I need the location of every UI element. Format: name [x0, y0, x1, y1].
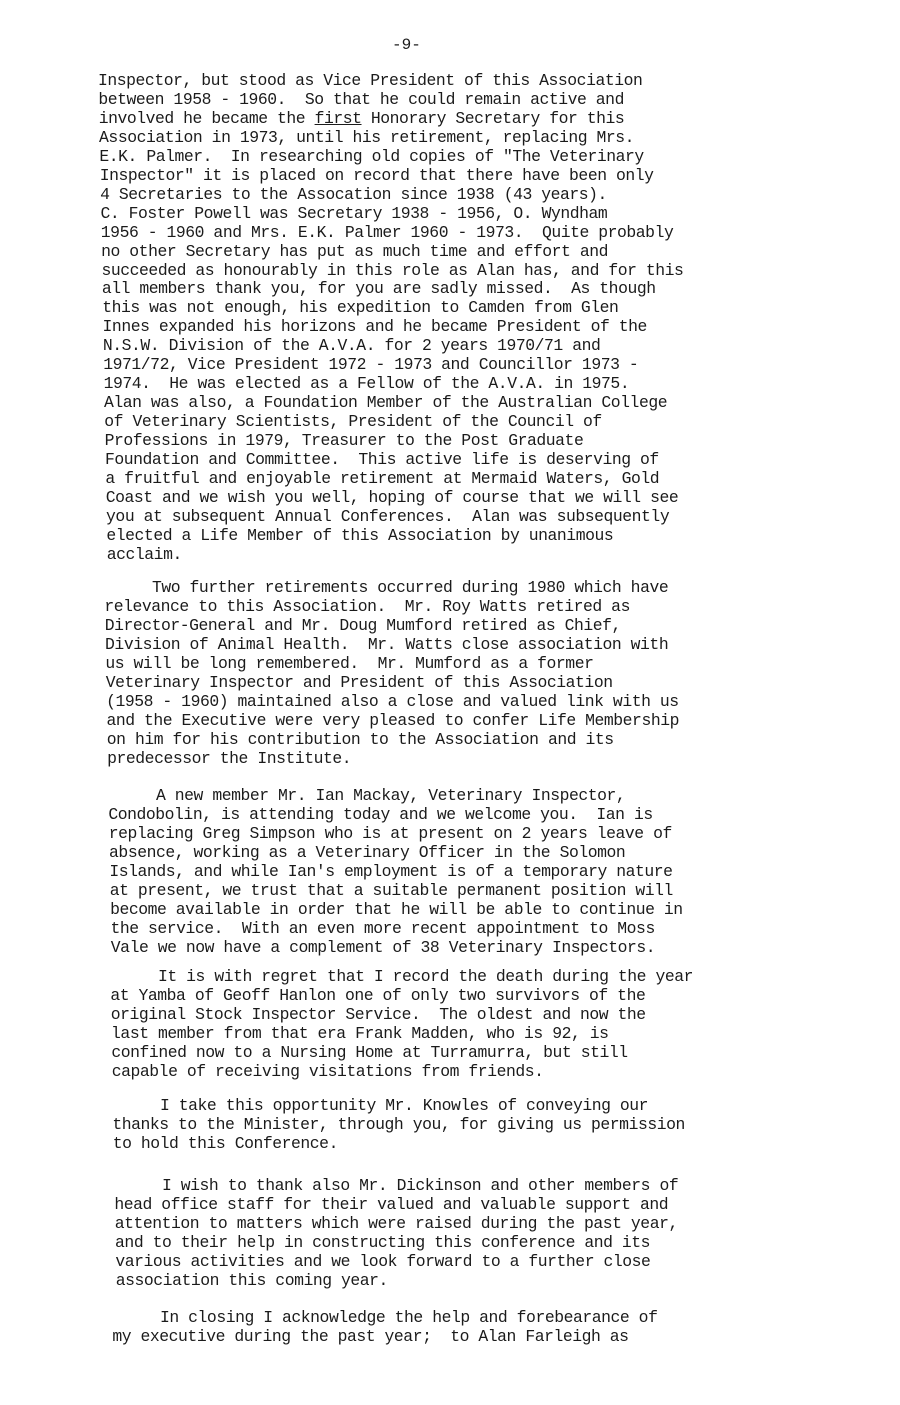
text-line: Association in 1973, until his retiremen… [99, 129, 634, 147]
text-line: no other Secretary has put as much time … [101, 243, 608, 261]
text-line: association this coming year. [116, 1272, 388, 1290]
text-line: us will be long remembered. Mr. Mumford … [105, 655, 593, 673]
text-line: capable of receiving visitations from fr… [112, 1063, 544, 1081]
text-line: become available in order that he will b… [110, 901, 683, 919]
text-line: Innes expanded his horizons and he becam… [103, 318, 647, 336]
page-number: -9- [392, 36, 421, 54]
text-line: involved he became the first Honorary Se… [99, 110, 625, 128]
text-line: a fruitful and enjoyable retirement at M… [105, 470, 659, 488]
text-line: Coast and we wish you well, hoping of co… [106, 489, 679, 507]
text-line: this was not enough, his expedition to C… [102, 299, 618, 317]
text-line: Two further retirements occurred during … [152, 579, 668, 597]
text-line: on him for his contribution to the Assoc… [107, 731, 614, 749]
text-line: original Stock Inspector Service. The ol… [111, 1006, 646, 1024]
text-line: all members thank you, for you are sadly… [102, 280, 656, 298]
text-line: N.S.W. Division of the A.V.A. for 2 year… [103, 337, 600, 355]
text-line: at Yamba of Geoff Hanlon one of only two… [110, 987, 645, 1005]
text-line: to hold this Conference. [113, 1135, 338, 1153]
text-line: E.K. Palmer. In researching old copies o… [99, 148, 643, 166]
text-line: last member from that era Frank Madden, … [111, 1025, 608, 1043]
text-line: Division of Animal Health. Mr. Watts clo… [105, 636, 668, 654]
text-line: confined now to a Nursing Home at Turram… [111, 1044, 627, 1062]
text-line: elected a Life Member of this Associatio… [106, 527, 613, 545]
text-line: succeeded as honourably in this role as … [102, 262, 684, 280]
text-line: of Veterinary Scientists, President of t… [104, 413, 601, 431]
text-line: absence, working as a Veterinary Officer… [109, 844, 625, 862]
text-line: 1956 - 1960 and Mrs. E.K. Palmer 1960 - … [101, 224, 674, 242]
text-line: replacing Greg Simpson who is at present… [109, 825, 672, 843]
text-line: Islands, and while Ian's employment is o… [109, 863, 672, 881]
underlined-word: first [315, 109, 362, 128]
text-line: Alan was also, a Foundation Member of th… [104, 394, 667, 412]
text-line: the service. With an even more recent ap… [110, 920, 654, 938]
text-line: C. Foster Powell was Secretary 1938 - 19… [100, 205, 607, 223]
text-line: Inspector" it is placed on record that t… [100, 167, 654, 185]
text-line: Inspector, but stood as Vice President o… [98, 72, 642, 90]
text-line: (1958 - 1960) maintained also a close an… [106, 693, 679, 711]
text-line: Professions in 1979, Treasurer to the Po… [105, 432, 584, 450]
text-line: 1971/72, Vice President 1972 - 1973 and … [103, 356, 638, 374]
text-line: you at subsequent Annual Conferences. Al… [106, 508, 669, 526]
text-line: Vale we now have a complement of 38 Vete… [111, 939, 655, 957]
document-page: -9- Inspector, but stood as Vice Preside… [0, 0, 900, 1405]
text-line: various activities and we look forward t… [115, 1253, 650, 1271]
text-line: Director-General and Mr. Doug Mumford re… [105, 617, 621, 635]
text-line: between 1958 - 1960. So that he could re… [98, 91, 624, 109]
text-line: In closing I acknowledge the help and fo… [160, 1309, 657, 1327]
text-line: predecessor the Institute. [107, 750, 351, 768]
text-line: at present, we trust that a suitable per… [110, 882, 673, 900]
text-line: Veterinary Inspector and President of th… [106, 674, 613, 692]
text-line: A new member Mr. Ian Mackay, Veterinary … [156, 787, 625, 805]
text-line: and the Executive were very pleased to c… [106, 712, 679, 730]
text-line: relevance to this Association. Mr. Roy W… [104, 598, 630, 616]
text-line: 4 Secretaries to the Assocation since 19… [100, 186, 607, 204]
text-line: Foundation and Committee. This active li… [105, 451, 659, 469]
text-line: It is with regret that I record the deat… [158, 968, 693, 986]
text-line: head office staff for their valued and v… [114, 1196, 668, 1214]
text-line: 1974. He was elected as a Fellow of the … [104, 375, 630, 393]
text-line: and to their help in constructing this c… [115, 1234, 650, 1252]
text-line: my executive during the past year; to Al… [112, 1328, 628, 1346]
text-line: thanks to the Minister, through you, for… [112, 1116, 685, 1134]
text-line: I wish to thank also Mr. Dickinson and o… [162, 1177, 678, 1195]
text-line: attention to matters which were raised d… [115, 1215, 678, 1233]
text-line: I take this opportunity Mr. Knowles of c… [160, 1097, 648, 1115]
text-line: acclaim. [107, 546, 182, 564]
text-line: Condobolin, is attending today and we we… [108, 806, 652, 824]
